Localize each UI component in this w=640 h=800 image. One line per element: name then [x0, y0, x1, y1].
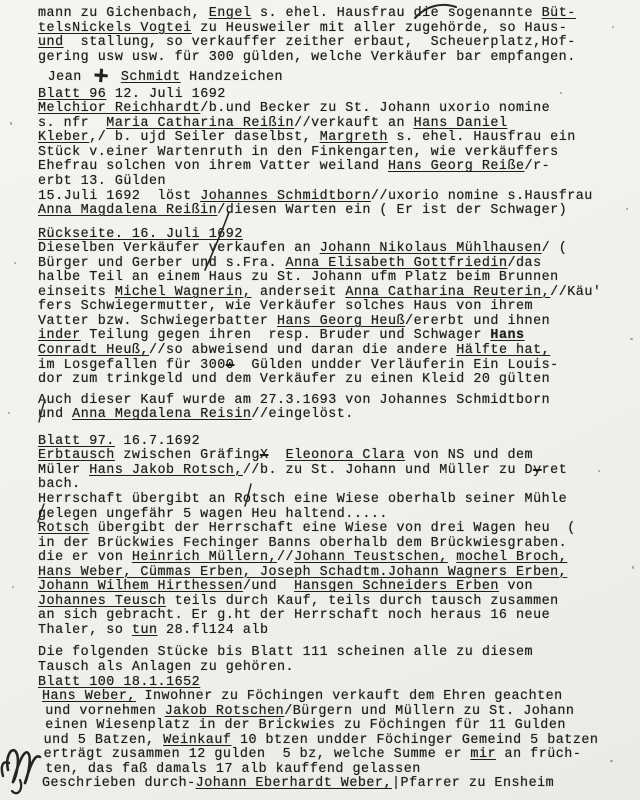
text-segment: /r-	[525, 159, 551, 174]
text-line: Bürger und Gerber und s.Fra. Anna Elisab…	[38, 257, 630, 272]
text-segment: Büt-	[542, 6, 576, 21]
text-segment: s. ehel. Hausfrau ein	[388, 130, 576, 145]
text-segment: in der Brückwies Fechinger Banns oberhal…	[38, 536, 567, 551]
text-segment: 10 btzen undder Föchinger Gemeind 5 batz…	[231, 733, 598, 748]
text-segment: Johann Eberhardt Weber,	[196, 776, 392, 791]
text-line: Die folgenden Stücke bis Blatt 111 schei…	[38, 646, 630, 661]
text-line: an sich gebracht. Er g.ht der Herrschaft…	[38, 609, 630, 624]
text-segment: und 5 Batzen,	[44, 733, 164, 748]
text-segment: Stück v.einer Wartenruth in den Finkenga…	[38, 145, 559, 160]
text-line: Herrschaft übergibt an Rotsch eine Wiese…	[38, 493, 630, 508]
text-segment: telsNickels Vogtei	[38, 21, 192, 36]
text-segment: Hans Georg Reiße	[388, 159, 525, 174]
text-segment: Hans Jakob Rotsch,	[89, 463, 243, 478]
text-segment: /b.und Becker zu St. Johann uxorio nomin…	[200, 101, 550, 116]
text-segment: /ererbt und ihnen	[405, 314, 550, 329]
text-segment: inder	[38, 328, 81, 343]
text-line: s. nfr Maria Catharina Reißin//verkauft …	[38, 117, 630, 132]
text-segment: Johannes Teusch	[38, 594, 166, 609]
text-segment: und vornehmen	[45, 704, 165, 719]
handwritten-topright-mark	[412, 0, 460, 20]
text-segment: //b. zu St. Johann und Müller zu D	[243, 463, 533, 478]
text-line: Geschrieben durch-Johann Eberhardt Weber…	[38, 777, 630, 792]
text-line: einen Wiesenplatz in der Brickwies zu Fö…	[38, 719, 630, 734]
text-segment: Anna Catharina Reuterin,	[345, 285, 550, 300]
text-segment: Margreth	[320, 130, 388, 145]
text-segment: fers Schwiegermutter, wie Verkäufer solc…	[38, 299, 533, 314]
text-line: Hans Weber, Inwohner zu Föchingen verkau…	[38, 690, 630, 705]
handwritten-margin-flourish	[0, 736, 44, 800]
text-segment: gering usw usw. für 300 gülden, welche V…	[38, 50, 576, 65]
paper-speck	[632, 566, 634, 569]
text-segment: y	[533, 463, 542, 478]
paper-speck	[110, 10, 113, 13]
text-segment: //eingelöst.	[251, 407, 353, 422]
text-line: einseits Michel Wagnerin, anderseit Anna…	[38, 286, 630, 301]
text-line: Conradt Heuß,//so abweisend und daran di…	[38, 344, 630, 359]
text-segment: Engel	[209, 6, 252, 21]
text-segment: s. nfr	[38, 116, 106, 131]
text-segment: zu Heusweiler mit aller zugehörde, so Ha…	[192, 21, 568, 36]
text-line: Kleber,/ b. ujd Seiler daselbst, Margret…	[38, 131, 630, 146]
text-segment: Thaler, so	[38, 623, 132, 638]
text-line: Jean + Schmidt Handzeichen	[38, 71, 630, 86]
text-line: und stallung, so verkauffer zeither erba…	[38, 36, 630, 51]
text-line: Rückseite. 16. Juli 1692	[38, 228, 630, 243]
text-line: Auch dieser Kauf wurde am 27.3.1693 von …	[38, 394, 630, 409]
text-segment: Anna Magdalena Reißin	[38, 203, 217, 218]
text-segment: //uxorio nomine s.Hausfrau	[371, 189, 593, 204]
text-segment: Teilung gegen ihren resp. Bruder und Sch…	[81, 328, 491, 343]
text-line: Dieselben Verkäufer verkaufen an Johann …	[38, 242, 630, 257]
handwritten-long-slash	[203, 210, 231, 272]
text-segment: 12. Juli 1692	[106, 87, 226, 102]
text-segment: Kleber	[38, 130, 89, 145]
text-segment: ,/ b. ujd Seiler daselbst,	[89, 130, 319, 145]
text-segment: Blatt 97.	[38, 434, 115, 449]
paper-speck	[598, 470, 600, 472]
text-line: halbe Teil an einem Haus zu St. Johann u…	[38, 271, 630, 286]
text-segment: mann zu Gichenbach,	[38, 6, 209, 21]
paper-speck	[14, 262, 16, 264]
text-segment: Melchior Reichhardt	[38, 101, 200, 116]
text-segment: einseits	[38, 285, 115, 300]
text-segment: stallung, so verkauffer zeither erbaut, …	[64, 35, 576, 50]
text-segment: / (	[542, 241, 568, 256]
handwritten-cross-mark: +	[90, 76, 112, 78]
handwritten-stroke-herrschaft	[36, 502, 46, 524]
text-segment: anderseit	[251, 285, 345, 300]
text-line: Stück v.einer Wartenruth in den Finkenga…	[38, 146, 630, 161]
text-segment: gelegen ungefähr 5 wagen Heu haltend....…	[38, 507, 388, 522]
text-line: Johann Wilhem Hirthessen/und Hansgen Sch…	[38, 580, 630, 595]
text-segment: Tausch als Anlagen zu gehören.	[38, 660, 294, 675]
text-segment: Vatter bzw. Schwiegerbatter	[38, 314, 277, 329]
text-line: Anna Magdalena Reißin/diesen Warten ein …	[38, 204, 630, 219]
text-line: Melchior Reichhardt/b.und Becker zu St. …	[38, 102, 630, 117]
text-segment: Johann Wilhem Hirthessen	[38, 579, 243, 594]
paper-speck	[630, 338, 633, 340]
text-segment: im Losgefallen für 300	[38, 358, 226, 373]
text-line: Hans Weber, Cümmas Erben, Joseph Schadtm…	[38, 566, 630, 581]
paper-speck	[10, 122, 12, 125]
text-segment: 15.Juli 1692 löst	[38, 189, 200, 204]
text-line: Blatt 100 18.1.1652	[38, 676, 630, 691]
text-segment: Gülden undder Verläuferin Ein Louis-	[234, 358, 558, 373]
text-segment: Auch dieser Kauf wurde am 27.3.1693 von …	[38, 393, 550, 408]
text-segment: halbe Teil an einem Haus zu St. Johann u…	[38, 270, 559, 285]
text-segment: zwischen Gräfing	[115, 448, 260, 463]
text-segment: //verkauft an	[294, 116, 414, 131]
text-segment: erträgt zusammen 12 gulden 5 bz, welche …	[44, 747, 471, 762]
text-segment: bach.	[38, 477, 81, 492]
text-segment: |Pfarrer zu Ensheim	[392, 776, 554, 791]
text-segment: Eleonora Clara	[286, 448, 406, 463]
text-segment: Jean	[48, 70, 91, 85]
text-segment: Hans Georg Heuß	[277, 314, 405, 329]
text-line: mann zu Gichenbach, Engel s. ehel. Hausf…	[38, 7, 630, 22]
text-segment: von	[499, 579, 533, 594]
text-segment: Hans Daniel	[414, 116, 508, 131]
text-segment: Anna Megdalena Reisin	[72, 407, 251, 422]
text-segment: Inwohner zu Föchingen verkauft dem Ehren…	[136, 689, 563, 704]
text-segment: /Bürgern und Müllern zu St. Johann	[284, 704, 574, 719]
text-segment: Johannes Schmidtborn	[200, 189, 371, 204]
text-segment: /diesen Warten ein ( Er ist der Schwager…	[217, 203, 567, 218]
text-segment: Michel Wagnerin,	[115, 285, 252, 300]
text-segment: ten, das faß damals 17 alb kauffend gela…	[45, 762, 421, 777]
text-segment: tun	[132, 623, 158, 638]
text-line: dor zum trinkgeld und dem Verkäufer zu e…	[38, 373, 630, 388]
text-segment: Schmidt	[121, 70, 181, 85]
text-segment: übergibt der Herrschaft eine Wiese von d…	[89, 521, 576, 536]
text-segment: Maria Catharina Reißin	[106, 116, 294, 131]
text-segment: Bürger und Gerber und s.Fra.	[38, 256, 286, 271]
text-line: Rotsch übergibt der Herrschaft eine Wies…	[38, 522, 630, 537]
text-segment: erbt 13. Gülden	[38, 174, 166, 189]
text-line: gering usw usw. für 300 gülden, welche V…	[38, 51, 630, 66]
text-line: 15.Juli 1692 löst Johannes Schmidtborn//…	[38, 190, 630, 205]
text-segment: s. ehel. Hausfrau die sogenannte	[251, 6, 541, 21]
text-segment: Hans	[490, 328, 524, 343]
text-line: Tausch als Anlagen zu gehören.	[38, 661, 630, 676]
text-segment: Herrschaft übergibt an Rotsch eine Wiese…	[38, 492, 567, 507]
text-segment: dor zum trinkgeld und dem Verkäufer zu e…	[38, 372, 550, 387]
text-segment: Hansgen Schneiders Erben	[294, 579, 499, 594]
text-line: Erbtausch zwischen GräfingX Eleonora Cla…	[38, 449, 630, 464]
text-line: Vatter bzw. Schwiegerbatter Hans Georg H…	[38, 315, 630, 330]
text-segment: Ehefrau solchen von ihrem Vatter weiland	[38, 159, 388, 174]
text-line: im Losgefallen für 3000 Gülden undder Ve…	[38, 359, 630, 374]
text-segment: mochel Broch,	[456, 550, 567, 565]
paper-speck	[560, 92, 562, 94]
text-line: Johannes Teusch teils durch Kauf, teils …	[38, 595, 630, 610]
text-line: die er von Heinrich Müllern,//Johann Teu…	[38, 551, 630, 566]
text-segment: 16.7.1692	[115, 434, 200, 449]
text-segment: //Käu'	[550, 285, 601, 300]
text-segment	[112, 70, 121, 85]
text-segment: Geschrieben durch-	[42, 776, 196, 791]
text-line: und Anna Megdalena Reisin//eingelöst.	[38, 408, 630, 423]
paper-speck	[626, 208, 628, 210]
text-segment: //so abweisend und daran die andere	[149, 343, 456, 358]
text-segment: die er von	[38, 550, 132, 565]
text-line: Blatt 96 12. Juli 1692	[38, 88, 630, 103]
text-segment: einen Wiesenplatz in der Brickwies zu Fö…	[45, 718, 566, 733]
document-body: mann zu Gichenbach, Engel s. ehel. Hausf…	[38, 7, 630, 792]
text-segment: Johann Nikolaus Mühlhausen	[320, 241, 542, 256]
text-segment: 28.fl124 alb	[158, 623, 269, 638]
text-segment: an früch-	[496, 747, 581, 762]
text-segment: Hans Weber,	[42, 689, 136, 704]
text-line: bach.	[38, 478, 630, 493]
text-segment: //	[277, 550, 294, 565]
text-line: Ehefrau solchen von ihrem Vatter weiland…	[38, 160, 630, 175]
text-segment: teils durch Kauf, teils durch tausch zus…	[166, 594, 559, 609]
text-segment: Hans Weber, Cümmas Erben, Joseph Schadtm…	[38, 565, 567, 580]
paper-speck	[8, 412, 10, 414]
text-segment: /und	[243, 579, 294, 594]
text-line: und vornehmen Jakob Rotschen/Bürgern und…	[38, 705, 630, 720]
text-segment: Die folgenden Stücke bis Blatt 111 schei…	[38, 645, 533, 660]
text-line: erträgt zusammen 12 gulden 5 bz, welche …	[38, 748, 630, 763]
text-line: in der Brückwies Fechinger Banns oberhal…	[38, 537, 630, 552]
document-page: mann zu Gichenbach, Engel s. ehel. Hausf…	[0, 0, 640, 800]
text-line: erbt 13. Gülden	[38, 175, 630, 190]
text-segment: Müler	[38, 463, 89, 478]
text-segment: Heinrich Müllern,	[132, 550, 277, 565]
paper-speck	[610, 760, 613, 762]
text-segment: Erbtausch	[38, 448, 115, 463]
text-segment: und	[38, 35, 64, 50]
text-line: fers Schwiegermutter, wie Verkäufer solc…	[38, 300, 630, 315]
text-segment: Dieselben Verkäufer verkaufen an	[38, 241, 320, 256]
text-line: Müler Hans Jakob Rotsch,//b. zu St. Joha…	[38, 464, 630, 479]
text-segment: von NS und dem	[405, 448, 533, 463]
text-line: ten, das faß damals 17 alb kauffend gela…	[38, 763, 630, 778]
text-line: Blatt 97. 16.7.1692	[38, 435, 630, 450]
text-segment: Conradt Heuß,	[38, 343, 149, 358]
text-line: und 5 Batzen, Weinkauf 10 btzen undder F…	[38, 734, 630, 749]
text-line: inder Teilung gegen ihren resp. Bruder u…	[38, 329, 630, 344]
text-segment: Anna Elisabeth Gottfriedin	[286, 256, 508, 271]
text-segment	[448, 550, 457, 565]
text-segment: an sich gebracht. Er g.ht der Herrschaft…	[38, 608, 550, 623]
text-segment: Johann Teustschen,	[294, 550, 448, 565]
text-segment: Weinkauf	[163, 733, 231, 748]
text-segment: /das	[507, 256, 541, 271]
handwritten-stroke-auch	[37, 398, 47, 424]
text-segment: Handzeichen	[181, 70, 283, 85]
text-segment: mir	[470, 747, 496, 762]
paper-speck	[612, 26, 614, 28]
handwritten-short-slash	[243, 482, 253, 508]
paper-speck	[12, 586, 14, 588]
text-line: gelegen ungefähr 5 wagen Heu haltend....…	[38, 508, 630, 523]
text-line: Thaler, so tun 28.fl124 alb	[38, 624, 630, 639]
text-segment	[268, 448, 285, 463]
text-segment: Blatt 100 18.1.1652	[38, 675, 200, 690]
text-segment: ret	[542, 463, 568, 478]
text-line: telsNickels Vogtei zu Heusweiler mit all…	[38, 22, 630, 37]
text-segment: Jakob Rotschen	[165, 704, 285, 719]
text-segment: Hälfte hat,	[456, 343, 550, 358]
